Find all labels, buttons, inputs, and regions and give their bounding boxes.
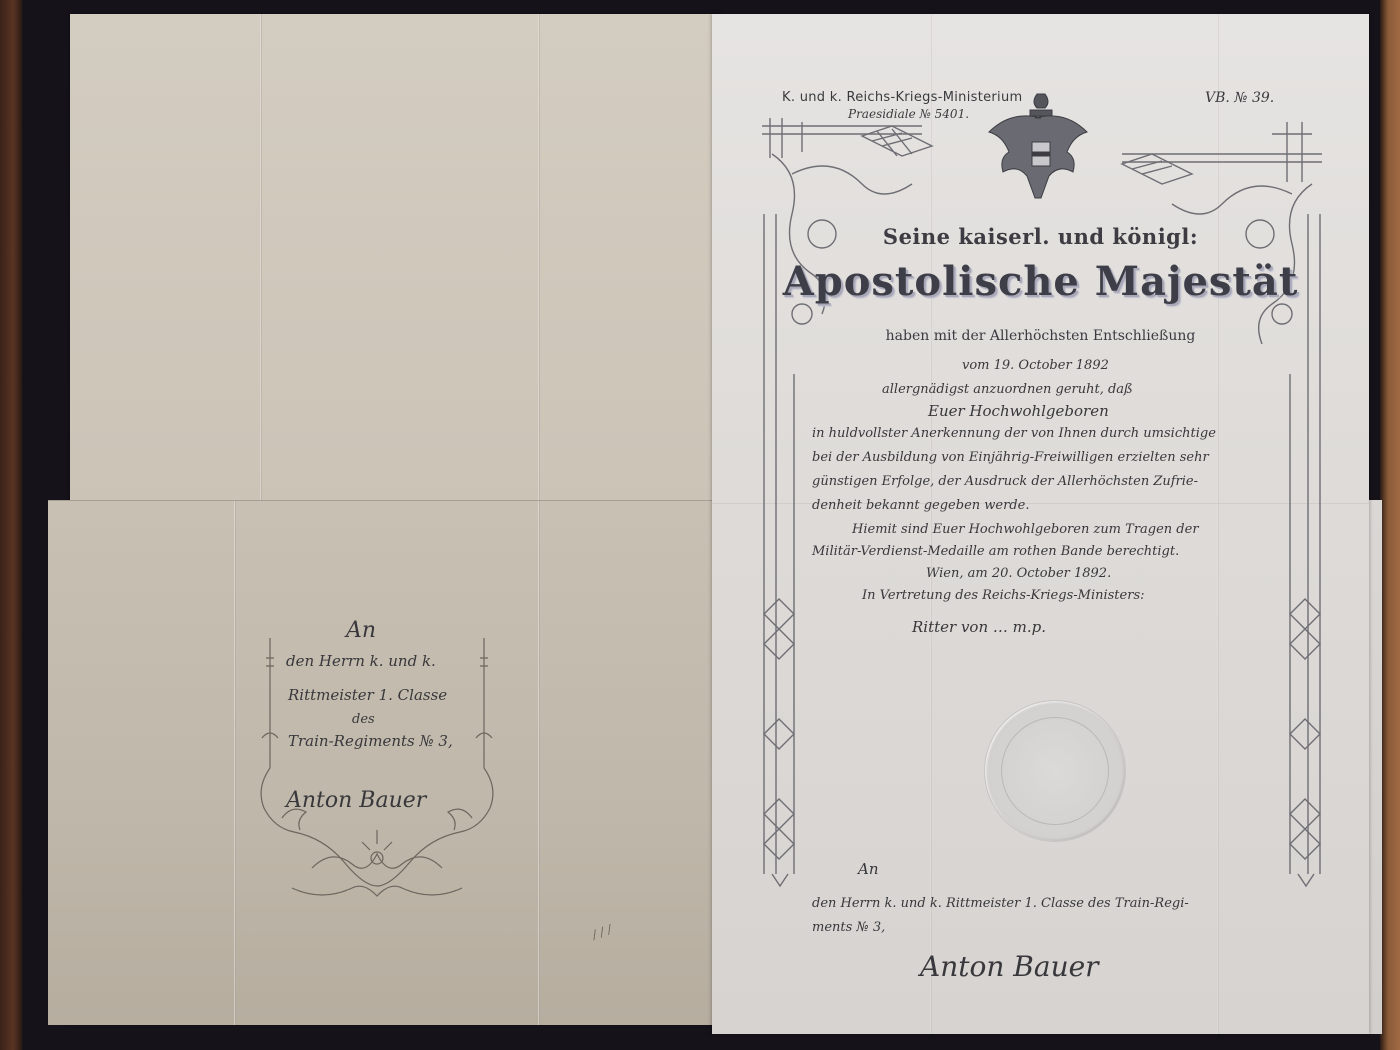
cover-address-line: des [352, 712, 375, 727]
on-behalf-line: In Vertretung des Reichs-Kriegs-Minister… [862, 588, 1145, 603]
title-line-1: Seine kaiserl. und königl: [712, 224, 1369, 249]
body-line: Militär-Verdienst-Medaille am rothen Ban… [812, 544, 1179, 559]
cover-address-line: Train-Regiments № 3, [288, 732, 453, 750]
official-signature: Ritter von … m.p. [912, 618, 1046, 636]
cover-recipient-name: Anton Bauer [286, 788, 426, 813]
title-majesty: Apostolische Majestät [712, 258, 1369, 305]
resolution-date: vom 19. October 1892 [962, 358, 1109, 373]
fold-line [234, 501, 236, 1025]
cover-address-line: Rittmeister 1. Classe [288, 686, 447, 704]
body-line: günstigen Erfolge, der Ausdruck der Alle… [812, 474, 1198, 489]
cover-address-line: den Herrn k. und k. [286, 652, 436, 670]
cover-address-prefix: An [346, 618, 376, 643]
recipient-name: Anton Bauer [920, 950, 1099, 983]
certificate-sheet: K. und k. Reichs-Kriegs-Ministerium Prae… [712, 14, 1369, 1034]
place-date: Wien, am 20. October 1892. [926, 566, 1111, 581]
body-line: Hiemit sind Euer Hochwohlgeboren zum Tra… [852, 522, 1199, 537]
fold-line [538, 501, 540, 1025]
body-line: in huldvollster Anerkennung der von Ihne… [812, 426, 1216, 441]
title-line-3: haben mit der Allerhöchsten Entschließun… [712, 328, 1369, 344]
address-line: ments № 3, [812, 920, 885, 935]
address-line: den Herrn k. und k. Rittmeister 1. Class… [812, 896, 1189, 911]
body-line: bei der Ausbildung von Einjährig-Freiwil… [812, 450, 1209, 465]
table-surface-left [0, 0, 22, 1050]
cover-address-block: An den Herrn k. und k. Rittmeister 1. Cl… [252, 618, 502, 918]
seal-ring [1001, 717, 1109, 825]
double-eagle-crest-icon [989, 94, 1087, 198]
address-prefix: An [858, 860, 879, 878]
table-surface-right [1380, 0, 1400, 1050]
embossed-seal-icon [984, 700, 1126, 842]
body-salutation: Euer Hochwohlgeboren [928, 402, 1109, 420]
body-line: denheit bekannt gegeben werde. [812, 498, 1029, 513]
body-line: allergnädigst anzuordnen geruht, daß [882, 382, 1133, 397]
